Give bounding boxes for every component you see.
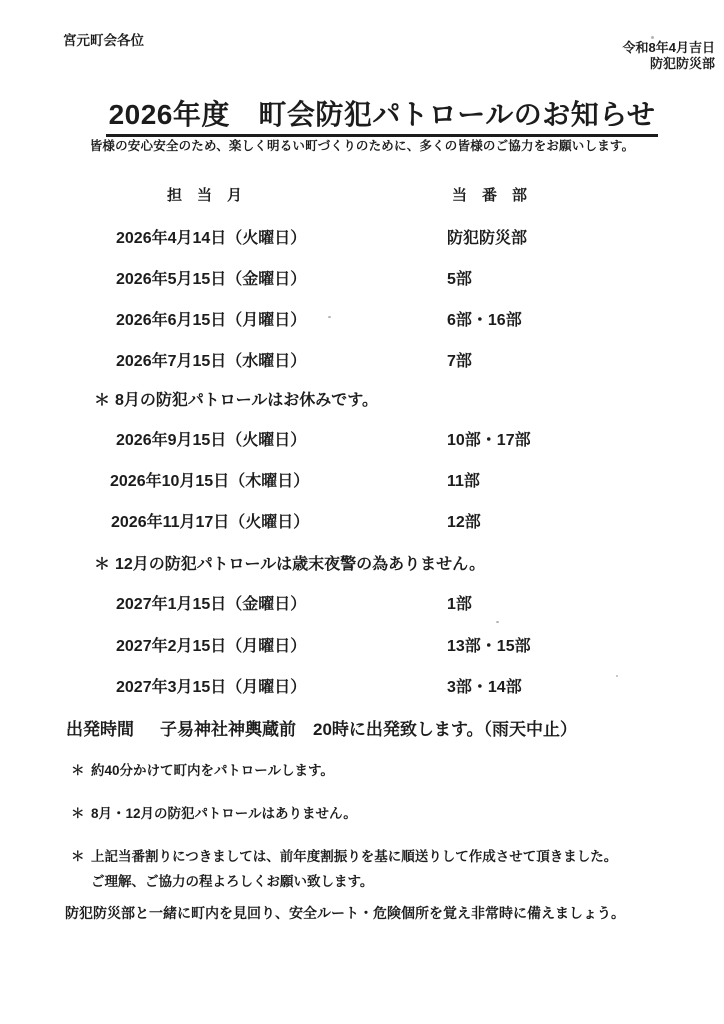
footnote-text: 約40分かけて町内をパトロールします。 (91, 763, 334, 780)
row-date: 2026年7月15日（水曜日） (116, 352, 306, 372)
row-duty: 5部 (447, 270, 472, 290)
scan-speck (328, 316, 331, 318)
row-duty: 11部 (447, 472, 480, 492)
asterisk-marker: ＊ (71, 763, 85, 780)
row-duty: 12部 (447, 513, 481, 533)
issuer-block: 令和8年4月吉日 防犯防災部 (623, 40, 715, 71)
footnote-text: 8月・12月の防犯パトロールはありません。 (91, 806, 357, 823)
column-header-month: 担 当 月 (167, 187, 242, 206)
asterisk-marker: ＊ (94, 391, 110, 411)
row-date: 2027年1月15日（金曜日） (116, 595, 306, 615)
row-date: 2027年2月15日（月曜日） (116, 637, 306, 657)
asterisk-marker: ＊ (71, 806, 85, 823)
issue-date: 令和8年4月吉日 (623, 40, 715, 56)
footnote-text-line2: ご理解、ご協力の程よろしくお願い致します。 (91, 874, 373, 891)
scan-speck (496, 621, 499, 623)
row-duty: 防犯防災部 (447, 229, 527, 249)
row-duty: 6部・16部 (447, 311, 522, 331)
column-header-duty: 当 番 部 (452, 187, 527, 206)
title-wrap: 2026年度 町会防犯パトロールのお知らせ (0, 97, 724, 137)
row-date: 2026年10月15日（木曜日） (110, 472, 309, 492)
row-date: 2026年9月15日（火曜日） (116, 431, 306, 451)
issuer-name: 防犯防災部 (623, 56, 715, 72)
scan-speck (616, 675, 618, 677)
departure-detail: 子易神社神輿蔵前 20時に出発致します。（雨天中止） (160, 720, 577, 739)
row-duty: 7部 (447, 352, 472, 372)
row-date: 2027年3月15日（月曜日） (116, 678, 306, 698)
footnote-text-line1: 上記当番割りにつきましては、前年度割振りを基に順送りして作成させて頂きました。 (91, 849, 617, 866)
scan-speck (651, 36, 654, 39)
closing-line: 防犯防災部と一緒に町内を見回り、安全ルート・危険個所を覚え非常時に備えましょう。 (65, 905, 625, 923)
row-duty: 1部 (447, 595, 472, 615)
note-text: 12月の防犯パトロールは歳末夜警の為ありません。 (115, 555, 485, 575)
recipient-line: 宮元町会各位 (63, 33, 144, 50)
row-duty: 13部・15部 (447, 637, 531, 657)
page-subtitle: 皆様の安心安全のため、楽しく明るい町づくりのために、多くの皆様のご協力をお願いし… (0, 139, 724, 155)
asterisk-marker: ＊ (71, 849, 85, 866)
notice-page: 宮元町会各位 令和8年4月吉日 防犯防災部 2026年度 町会防犯パトロールのお… (0, 0, 724, 1024)
departure-line: 出発時間子易神社神輿蔵前 20時に出発致します。（雨天中止） (66, 719, 577, 740)
page-title: 2026年度 町会防犯パトロールのお知らせ (106, 97, 659, 137)
asterisk-marker: ＊ (94, 555, 110, 575)
row-date: 2026年11月17日（火曜日） (111, 513, 309, 533)
note-text: 8月の防犯パトロールはお休みです。 (115, 391, 378, 411)
row-date: 2026年5月15日（金曜日） (116, 270, 306, 290)
departure-label: 出発時間 (66, 720, 134, 739)
row-date: 2026年6月15日（月曜日） (116, 311, 306, 331)
row-date: 2026年4月14日（火曜日） (116, 229, 306, 249)
row-duty: 3部・14部 (447, 678, 522, 698)
row-duty: 10部・17部 (447, 431, 531, 451)
